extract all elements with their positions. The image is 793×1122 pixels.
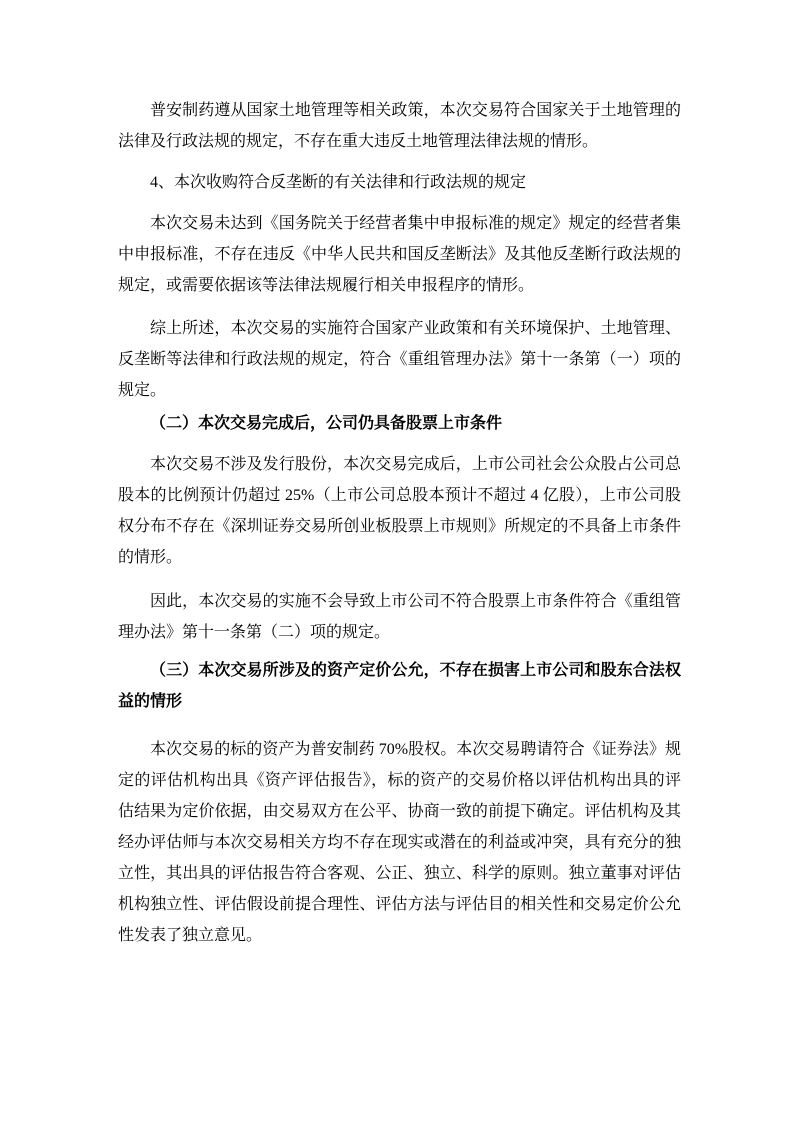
document-page: 普安制药遵从国家土地管理等相关政策，本次交易符合国家关于土地管理的法律及行政法规…	[0, 0, 793, 1122]
paragraph-asset-valuation-independence: 本次交易的标的资产为普安制药 70%股权。本次交易聘请符合《证券法》规定的评估机…	[118, 734, 681, 951]
paragraph-public-float-ratio: 本次交易不涉及发行股份，本次交易完成后，上市公司社会公众股占公司总股本的比例预计…	[118, 449, 681, 573]
paragraph-land-management-compliance: 普安制药遵从国家土地管理等相关政策，本次交易符合国家关于土地管理的法律及行政法规…	[118, 95, 681, 157]
paragraph-listing-condition-conclusion: 因此，本次交易的实施不会导致上市公司不符合股票上市条件符合《重组管理办法》第十一…	[118, 586, 681, 648]
paragraph-antitrust-filing-threshold: 本次交易未达到《国务院关于经营者集中申报标准的规定》规定的经营者集中申报标准，不…	[118, 208, 681, 301]
paragraph-summary-compliance: 综上所述，本次交易的实施符合国家产业政策和有关环境保护、土地管理、反垄断等法律和…	[118, 313, 681, 406]
heading-2-listing-conditions: （二）本次交易完成后，公司仍具备股票上市条件	[118, 408, 681, 439]
heading-3-fair-pricing: （三）本次交易所涉及的资产定价公允，不存在损害上市公司和股东合法权益的情形	[118, 655, 681, 717]
heading-4-antitrust-compliance: 4、本次收购符合反垄断的有关法律和行政法规的规定	[118, 167, 681, 198]
